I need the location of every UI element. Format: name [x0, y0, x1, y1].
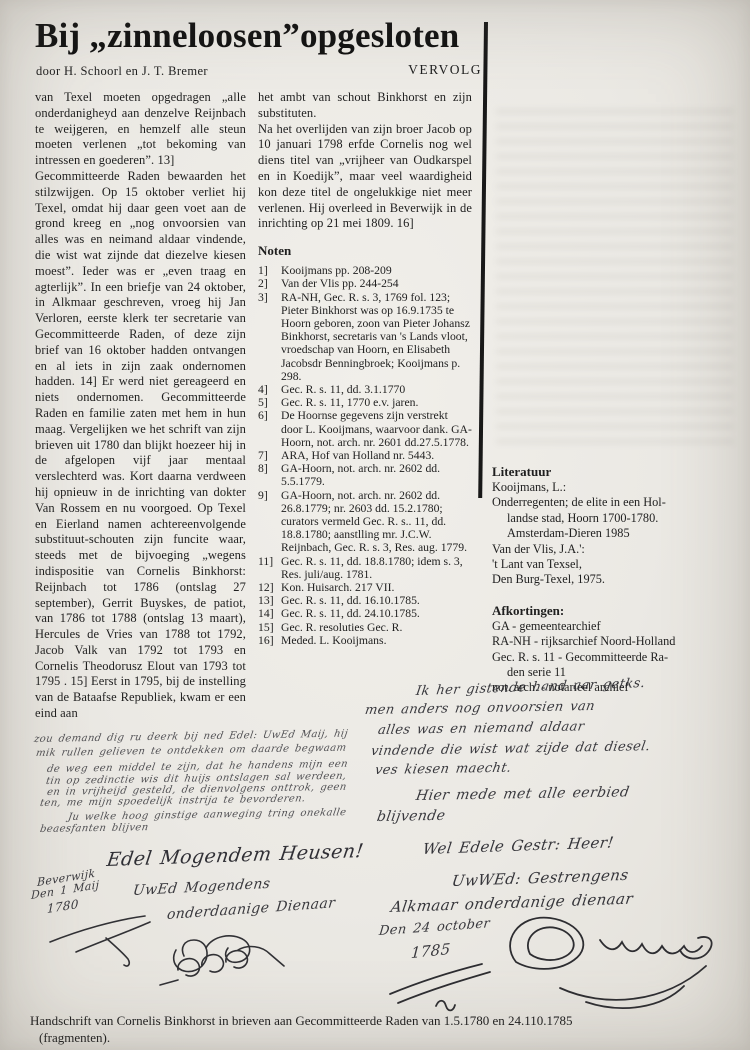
- literature-heading: Literatuur: [492, 464, 740, 480]
- literature-line: Amsterdam-Dieren 1985: [492, 526, 740, 541]
- handwriting-line: alles was en niemand aldaar: [377, 719, 586, 738]
- note-number: 2]: [258, 277, 281, 290]
- abbreviation-line: RA-NH - rijksarchief Noord-Holland: [492, 634, 740, 649]
- text-column-3: Literatuur Kooijmans, L.:Onderregenten; …: [492, 464, 740, 696]
- note-text: Kon. Huisarch. 217 VII.: [281, 581, 472, 594]
- handwriting-line: vindende die wist wat zijde dat diesel.: [370, 739, 652, 759]
- abbreviation-line: Gec. R. s. 11 - Gecommitteerde Ra-: [492, 650, 740, 665]
- note-item: 7]ARA, Hof van Holland nr. 5443.: [258, 449, 472, 462]
- caption-line-1: Handschrift van Cornelis Binkhorst in br…: [30, 1013, 732, 1030]
- notes-list: 1]Kooijmans pp. 208-2092]Van der Vlis pp…: [258, 264, 472, 647]
- handwriting-line: Ju welke hoog ginstige aanweging tring o…: [67, 807, 347, 823]
- abbreviation-line: GA - gemeentearchief: [492, 619, 740, 634]
- note-text: Meded. L. Kooijmans.: [281, 634, 472, 647]
- text-column-1: van Texel moeten opgedragen „alle onderd…: [35, 90, 246, 722]
- literature-line: 't Lant van Texsel,: [492, 557, 740, 572]
- note-text: Gec. R. resoluties Gec. R.: [281, 621, 472, 634]
- text-column-2: het ambt van schout Binkhorst en zijn su…: [258, 90, 472, 647]
- handwriting-line: 1785: [410, 940, 451, 962]
- note-text: ARA, Hof van Holland nr. 5443.: [281, 449, 472, 462]
- article-title: Bij „zinneloosen”opgesloten: [35, 16, 459, 56]
- note-item: 6]De Hoornse gegevens zijn verstrekt doo…: [258, 409, 472, 449]
- note-number: 5]: [258, 396, 281, 409]
- note-text: Gec. R. s. 11, dd. 24.10.1785.: [281, 607, 472, 620]
- note-item: 8]GA-Hoorn, not. arch. nr. 2602 dd. 5.5.…: [258, 462, 472, 488]
- note-item: 5]Gec. R. s. 11, 1770 e.v. jaren.: [258, 396, 472, 409]
- handwriting-line: Edel Mogendem Heusen!: [105, 840, 365, 871]
- note-number: 1]: [258, 264, 281, 277]
- note-item: 4]Gec. R. s. 11, dd. 3.1.1770: [258, 383, 472, 396]
- note-item: 9]GA-Hoorn, not. arch. nr. 2602 dd. 26.8…: [258, 489, 472, 555]
- note-number: 16]: [258, 634, 281, 647]
- handwriting-line: mik rullen gelieven te ontdekken om daar…: [35, 743, 347, 759]
- note-item: 12]Kon. Huisarch. 217 VII.: [258, 581, 472, 594]
- literature-line: Kooijmans, L.:: [492, 480, 740, 495]
- handwriting-line: Hier mede met alle eerbied: [415, 784, 631, 804]
- handwriting-line: Alkmaar onderdanige dienaar: [390, 889, 635, 916]
- caption-line-2: (fragmenten).: [30, 1030, 732, 1047]
- note-number: 15]: [258, 621, 281, 634]
- note-number: 12]: [258, 581, 281, 594]
- handwriting-line: 1780: [47, 897, 79, 916]
- handwriting-line: UwWEd: Gestrengens: [451, 866, 630, 890]
- note-text: Gec. R. s. 11, dd. 3.1.1770: [281, 383, 472, 396]
- note-number: 11]: [258, 555, 281, 581]
- body-paragraph: Na het overlijden van zijn broer Jacob o…: [258, 122, 472, 233]
- note-text: GA-Hoorn, not. arch. nr. 2602 dd. 26.8.1…: [281, 489, 472, 555]
- handwriting-line: UwEd Mogendens: [132, 876, 271, 899]
- note-text: GA-Hoorn, not. arch. nr. 2602 dd. 5.5.17…: [281, 462, 472, 488]
- body-paragraph: van Texel moeten opgedragen „alle onderd…: [35, 90, 246, 169]
- handwriting-line: ves kiesen maecht.: [374, 761, 513, 778]
- abbreviations-heading: Afkortingen:: [492, 603, 740, 619]
- handwriting-line: blijvende: [376, 808, 447, 825]
- note-item: 3]RA-NH, Gec. R. s. 3, 1769 fol. 123; Pi…: [258, 291, 472, 383]
- note-item: 14]Gec. R. s. 11, dd. 24.10.1785.: [258, 607, 472, 620]
- note-number: 7]: [258, 449, 281, 462]
- byline: door H. Schoorl en J. T. Bremer: [36, 64, 208, 79]
- column-2-paragraphs: het ambt van schout Binkhorst en zijn su…: [258, 90, 472, 232]
- continuation-label: VERVOLG: [352, 62, 482, 78]
- notes-heading: Noten: [258, 243, 472, 259]
- note-text: Kooijmans pp. 208-209: [281, 264, 472, 277]
- note-number: 8]: [258, 462, 281, 488]
- vertical-rule: [478, 22, 488, 498]
- note-text: Gec. R. s. 11, dd. 16.10.1785.: [281, 594, 472, 607]
- note-text: Van der Vlis pp. 244-254: [281, 277, 472, 290]
- handwriting-line: men anders nog onvoorsien van: [364, 699, 596, 718]
- note-number: 13]: [258, 594, 281, 607]
- handwriting-line: Den 24 october: [378, 916, 491, 939]
- note-number: 9]: [258, 489, 281, 555]
- note-item: 16]Meded. L. Kooijmans.: [258, 634, 472, 647]
- literature-line: Den Burg-Texel, 1975.: [492, 572, 740, 587]
- note-number: 14]: [258, 607, 281, 620]
- note-item: 15]Gec. R. resoluties Gec. R.: [258, 621, 472, 634]
- note-number: 6]: [258, 409, 281, 449]
- note-item: 2]Van der Vlis pp. 244-254: [258, 277, 472, 290]
- note-text: Gec. R. s. 11, dd. 18.8.1780; idem s. 3,…: [281, 555, 472, 581]
- note-item: 11]Gec. R. s. 11, dd. 18.8.1780; idem s.…: [258, 555, 472, 581]
- note-text: De Hoornse gegevens zijn verstrekt door …: [281, 409, 472, 449]
- literature-line: Onderregenten; de elite in een Hol-: [492, 495, 740, 510]
- note-text: RA-NH, Gec. R. s. 3, 1769 fol. 123; Piet…: [281, 291, 472, 383]
- page-bleedthrough: [496, 108, 734, 448]
- photo-caption: Handschrift van Cornelis Binkhorst in br…: [30, 1013, 732, 1046]
- note-number: 4]: [258, 383, 281, 396]
- literature-line: Van der Vlis, J.A.':: [492, 542, 740, 557]
- scanned-magazine-page: Bij „zinneloosen”opgesloten door H. Scho…: [0, 0, 750, 1050]
- handwriting-line: onderdaanige Dienaar: [166, 895, 336, 923]
- handwriting-line: Wel Edele Gestr: Heer!: [422, 833, 615, 858]
- handwriting-line: beaesfanten blijven: [39, 822, 149, 835]
- literature-line: landse stad, Hoorn 1700-1780.: [492, 511, 740, 526]
- body-paragraph: het ambt van schout Binkhorst en zijn su…: [258, 90, 472, 122]
- literature-list: Kooijmans, L.:Onderregenten; de elite in…: [492, 480, 740, 588]
- note-number: 3]: [258, 291, 281, 383]
- note-item: 13]Gec. R. s. 11, dd. 16.10.1785.: [258, 594, 472, 607]
- body-paragraph: Gecommitteerde Raden bewaarden het stilz…: [35, 169, 246, 722]
- note-item: 1]Kooijmans pp. 208-209: [258, 264, 472, 277]
- ink-flourishes-left: [50, 916, 284, 985]
- note-text: Gec. R. s. 11, 1770 e.v. jaren.: [281, 396, 472, 409]
